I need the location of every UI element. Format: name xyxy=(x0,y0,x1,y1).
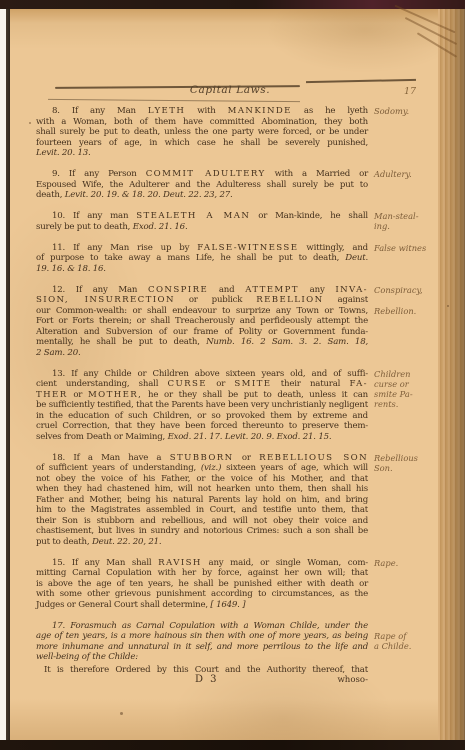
text-line: in the education of such Children, or so… xyxy=(36,411,368,422)
body-text: Fort or Forts therein; or shall Treacher… xyxy=(36,316,368,326)
text-line: is above the age of ten years, he shall … xyxy=(36,579,368,590)
text-line: Alteration and Subversion of our frame o… xyxy=(36,327,368,338)
text-line: Judges or General Court shall determine,… xyxy=(36,600,368,611)
body-text: of sufficient years of understanding, xyxy=(36,463,201,473)
body-text: 10. If any man xyxy=(52,211,136,221)
paper-speck xyxy=(120,712,123,715)
spaced-capitals: SION, INSURRECTION xyxy=(36,295,175,305)
margin-note: False witnes xyxy=(374,243,465,253)
body-text: or xyxy=(68,390,88,400)
spaced-capitals: FALSE-WITNESSE xyxy=(197,243,298,253)
margin-note: Sodomy. xyxy=(374,106,465,116)
catchword: whoso- xyxy=(337,675,368,685)
margin-note: Rape ofa Childe. xyxy=(374,631,465,651)
text-line: 12. If any Man CONSPIRE and ATTEMPT any … xyxy=(36,285,368,296)
body-text: 18. If a Man have a xyxy=(52,453,170,463)
text-line: of purpose to take away a mans Life, he … xyxy=(36,253,368,264)
text-line: Fort or Forts therein; or shall Treacher… xyxy=(36,316,368,327)
body-text: when they had chastened him, will not he… xyxy=(36,484,368,494)
body-text: shall surely be put to death, unless the… xyxy=(36,127,368,137)
spaced-capitals: SMITE xyxy=(234,379,271,389)
body-text: chastisement, but lives in sundry and no… xyxy=(36,526,368,536)
body-text: 9. If any Person xyxy=(52,169,146,179)
text-line: 18. If a Man have a STUBBORN or REBELLIO… xyxy=(36,453,368,464)
text-line: 11. If any Man rise up by FALSE-WITNESSE… xyxy=(36,243,368,254)
margin-note: Adultery. xyxy=(374,169,465,179)
body-text: Espoused Wife, the Adulterer and the Adu… xyxy=(36,180,368,190)
text-line: THER or MOTHER, he or they shall be put … xyxy=(36,390,368,401)
body-text: as he lyeth xyxy=(292,106,368,116)
body-text: any xyxy=(299,285,335,295)
body-text: Alteration and Subversion of our frame o… xyxy=(36,327,368,337)
text-block: 8. If any Man LYETH with MANKINDE as he … xyxy=(36,106,368,675)
body-text: not obey the voice of his Father, or the… xyxy=(36,474,368,484)
text-line: with some other grievous punishment acco… xyxy=(36,589,368,600)
body-text: 15. If any Man shall xyxy=(52,558,158,568)
italic-citation: Exod. 21. 17. Levit. 20. 9. Exod. 21. 15… xyxy=(168,432,332,442)
law-8-sodomy: 8. If any Man LYETH with MANKINDE as he … xyxy=(36,106,368,159)
italic-citation: (viz.) xyxy=(201,463,221,473)
italic-citation: 2 Sam. 20. xyxy=(36,348,81,358)
text-line: be sufficiently testified, that the Pare… xyxy=(36,400,368,411)
body-text: mentally, he shall be put to death, xyxy=(36,337,206,347)
body-text: in the education of such Children, or so… xyxy=(36,411,368,421)
text-line: 15. If any Man shall RAVISH any maid, or… xyxy=(36,558,368,569)
italic-citation: Numb. 16. 2 Sam. 3. 2. Sam. 18, xyxy=(206,337,368,347)
body-text: mitting Carnal Copulation with her by fo… xyxy=(36,568,368,578)
body-text: 11. If any Man rise up by xyxy=(52,243,197,253)
spaced-capitals: COMMIT ADULTERY xyxy=(146,169,266,179)
text-line: him to the Magistrates assembled in Cour… xyxy=(36,505,368,516)
body-text: well-being of the Childe: xyxy=(36,652,138,662)
margin-note: Rebellion. xyxy=(374,306,465,316)
italic-citation: Exod. 21. 16. xyxy=(133,222,188,232)
body-text: or xyxy=(234,453,260,463)
body-text: Judges or General Court shall determine, xyxy=(36,600,210,610)
text-line: age of ten years, is a more hainous sin … xyxy=(36,631,368,642)
law-17-rape-of-child: 17. Forasmuch as Carnal Copulation with … xyxy=(36,621,368,663)
text-line: 8. If any Man LYETH with MANKINDE as he … xyxy=(36,106,368,117)
body-text: he or they shall be put to death, unless… xyxy=(142,390,368,400)
spaced-capitals: INVA- xyxy=(335,285,368,295)
spaced-capitals: FA- xyxy=(349,379,368,389)
spaced-capitals: ATTEMPT xyxy=(245,285,299,295)
body-text: and xyxy=(208,285,245,295)
body-text: with some other grievous punishment acco… xyxy=(36,589,368,599)
italic-citation: [ 1649. ] xyxy=(210,600,245,610)
text-line: fourteen years of age, in which case he … xyxy=(36,138,368,149)
body-text: fourteen years of age, in which case he … xyxy=(36,138,368,148)
body-text: any maid, or single Woman, com- xyxy=(202,558,368,568)
text-line: their Son is stubborn and rebellious, an… xyxy=(36,516,368,527)
body-text: with a Woman, both of them have committe… xyxy=(36,117,368,127)
body-text: selves from Death or Maiming, xyxy=(36,432,168,442)
body-text: Father and Mother, being his natural Par… xyxy=(36,495,368,505)
body-text: him to the Magistrates assembled in Cour… xyxy=(36,505,368,515)
book-bottom-edge xyxy=(0,740,465,750)
spaced-capitals: RAVISH xyxy=(158,558,202,568)
body-text: age of ten years, is a more hainous sin … xyxy=(36,631,368,641)
text-line: SION, INSURRECTION or publick REBELLION … xyxy=(36,295,368,306)
body-text: 17. Forasmuch as Carnal Copulation with … xyxy=(52,621,368,631)
italic-citation: Levit. 20. 13. xyxy=(36,148,91,158)
body-text: 12. If any Man xyxy=(52,285,148,295)
spaced-capitals: MOTHER, xyxy=(88,390,142,400)
text-line: mentally, he shall be put to death, Numb… xyxy=(36,337,368,348)
text-line: Father and Mother, being his natural Par… xyxy=(36,495,368,506)
body-text: of purpose to take away a mans Life, he … xyxy=(36,253,345,263)
text-line: selves from Death or Maiming, Exod. 21. … xyxy=(36,432,368,443)
body-text: cruel Correction, that they have been fo… xyxy=(36,421,368,431)
spaced-capitals: THER xyxy=(36,390,68,400)
law-13-cursing-parents: 13. If any Childe or Children above sixt… xyxy=(36,369,368,443)
text-line: cruel Correction, that they have been fo… xyxy=(36,421,368,432)
law-15-rape: 15. If any Man shall RAVISH any maid, or… xyxy=(36,558,368,611)
text-line: surely be put to death, Exod. 21. 16. xyxy=(36,222,368,233)
spaced-capitals: CURSE xyxy=(168,379,207,389)
paper-speck xyxy=(29,122,31,124)
text-line: 2 Sam. 20. xyxy=(36,348,368,359)
body-text: surely be put to death, xyxy=(36,222,133,232)
law-12-conspiracy-rebellion: 12. If any Man CONSPIRE and ATTEMPT any … xyxy=(36,285,368,359)
text-line: cient understanding, shall CURSE or SMIT… xyxy=(36,379,368,390)
law-11-false-witness: 11. If any Man rise up by FALSE-WITNESSE… xyxy=(36,243,368,275)
text-line: put to death, Deut. 22. 20, 21. xyxy=(36,537,368,548)
italic-citation: Deut. xyxy=(345,253,368,263)
body-text: wittingly, and xyxy=(298,243,368,253)
body-text: be sufficiently testified, that the Pare… xyxy=(36,400,368,410)
text-line: death, Levit. 20. 19. & 18. 20. Deut. 22… xyxy=(36,190,368,201)
spaced-capitals: STUBBORN xyxy=(170,453,234,463)
signature-mark: D 3 xyxy=(195,674,219,685)
text-line: with a Woman, both of them have committe… xyxy=(36,117,368,128)
italic-citation: Deut. 22. 20, 21. xyxy=(92,537,162,547)
italic-citation: 19. 16. & 18. 16. xyxy=(36,264,106,274)
running-head-title: Capital Laws. xyxy=(140,84,320,96)
scanned-book-photo: Capital Laws. 17 8. If any Man LYETH wit… xyxy=(0,0,465,750)
text-line: 19. 16. & 18. 16. xyxy=(36,264,368,275)
body-text: with xyxy=(185,106,227,116)
body-text: our Common-wealth: or shall endeavour to… xyxy=(36,306,368,316)
text-line: our Common-wealth: or shall endeavour to… xyxy=(36,306,368,317)
margin-note: Rape. xyxy=(374,558,465,568)
text-line: chastisement, but lives in sundry and no… xyxy=(36,526,368,537)
body-text: 8. If any Man xyxy=(52,106,148,116)
italic-citation: Levit. 20. 19. & 18. 20. Deut. 22. 23, 2… xyxy=(65,190,233,200)
law-18-rebellious-son: 18. If a Man have a STUBBORN or REBELLIO… xyxy=(36,453,368,548)
text-line: 9. If any Person COMMIT ADULTERY with a … xyxy=(36,169,368,180)
page-number: 17 xyxy=(404,86,416,97)
text-line: not obey the voice of his Father, or the… xyxy=(36,474,368,485)
body-text: put to death, xyxy=(36,537,92,547)
margin-note: Childrencurse orsmite Pa-rents. xyxy=(374,369,465,409)
margin-note: Conspiracy, xyxy=(374,285,465,295)
body-text: death, xyxy=(36,190,65,200)
text-line: 13. If any Childe or Children above sixt… xyxy=(36,369,368,380)
margin-note: RebelliousSon. xyxy=(374,453,465,473)
body-text: cient understanding, shall xyxy=(36,379,168,389)
body-text: is above the age of ten years, he shall … xyxy=(36,579,368,589)
body-text: or publick xyxy=(175,295,256,305)
spaced-capitals: STEALETH A MAN xyxy=(136,211,250,221)
body-text: their natural xyxy=(271,379,349,389)
body-text: It is therefore Ordered by this Court an… xyxy=(44,665,368,675)
body-text: or xyxy=(207,379,234,389)
margin-note: Man-steal-ing. xyxy=(374,211,465,231)
body-text: with a Married or xyxy=(266,169,368,179)
text-line: well-being of the Childe: xyxy=(36,652,368,663)
text-line: mitting Carnal Copulation with her by fo… xyxy=(36,568,368,579)
footer-row: D 3 whoso- xyxy=(36,674,368,685)
text-line: of sufficient years of understanding, (v… xyxy=(36,463,368,474)
body-text: more inhumane and unnatural in it self, … xyxy=(36,642,368,652)
text-line: when they had chastened him, will not he… xyxy=(36,484,368,495)
text-line: shall surely be put to death, unless the… xyxy=(36,127,368,138)
body-text: their Son is stubborn and rebellious, an… xyxy=(36,516,368,526)
spaced-capitals: LYETH xyxy=(148,106,185,116)
text-line: 10. If any man STEALETH A MAN or Man-kin… xyxy=(36,211,368,222)
body-text: or Man-kinde, he shall xyxy=(250,211,368,221)
spaced-capitals: MANKINDE xyxy=(228,106,292,116)
law-9-adultery: 9. If any Person COMMIT ADULTERY with a … xyxy=(36,169,368,201)
spaced-capitals: REBELLION xyxy=(256,295,323,305)
text-line: more inhumane and unnatural in it self, … xyxy=(36,642,368,653)
body-text: sixteen years of age, which will xyxy=(221,463,368,473)
text-line: Levit. 20. 13. xyxy=(36,148,368,159)
spaced-capitals: CONSPIRE xyxy=(148,285,208,295)
text-line: 17. Forasmuch as Carnal Copulation with … xyxy=(36,621,368,632)
law-10-man-stealing: 10. If any man STEALETH A MAN or Man-kin… xyxy=(36,211,368,232)
spaced-capitals: REBELLIOUS SON xyxy=(259,453,368,463)
body-text: against xyxy=(324,295,368,305)
text-line: Espoused Wife, the Adulterer and the Adu… xyxy=(36,180,368,191)
body-text: 13. If any Childe or Children above sixt… xyxy=(52,369,368,379)
